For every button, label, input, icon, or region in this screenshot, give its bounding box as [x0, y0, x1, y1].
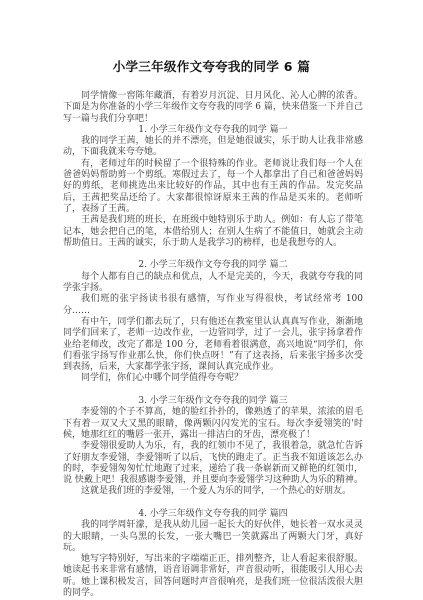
section-gap — [63, 249, 363, 260]
section-heading-4: 4. 小学三年级作文夸夸我的同学 篇四 — [63, 509, 363, 520]
section-gap — [63, 498, 363, 509]
paragraph: 有中午，同学们都去玩了，只有他还在教室里认认真真写作业，渐渐地同学们回来了，老师… — [63, 317, 363, 373]
paragraph: 我们班的张宇扬读书很有感情，写作业写得很快，考试经常考 100 分…… — [63, 294, 363, 317]
section-heading-1: 1. 小学三年级作文夸夸我的同学 篇一 — [63, 125, 363, 136]
paragraph: 有，老师过年的时候留了一个很特殊的作业。老师说让我们每一个人在爸爸妈妈帮助剪一个… — [63, 159, 363, 215]
document-page: 小学三年级作文夸夸我的同学 6 篇 同学情像一窖陈年藏酒，有着岁月沉淀、日月风化… — [0, 0, 423, 600]
paragraph: 我的同学周轩濛，是我从幼儿园一起长大的好伙伴，她长着一双水灵灵的大眼睛，一头乌黑… — [63, 520, 363, 554]
section-heading-3: 3. 小学三年级作文夸夸我的同学 篇三 — [63, 396, 363, 407]
section-heading-2: 2. 小学三年级作文夸夸我的同学 篇二 — [63, 260, 363, 271]
paragraph: 王茜是我们班的班长，在班级中她特别乐于助人。例如：有人忘了带笔记本，她会把自己的… — [63, 215, 363, 249]
paragraph: 李爱翎很爱助人为乐，有，我的红领巾不见了，我很着急，就急忙告诉了好朋友李爱翎，李… — [63, 441, 363, 486]
section-gap — [63, 385, 363, 396]
paragraph: 同学们，你们心中哪个同学值得夸夸呢？ — [63, 373, 363, 384]
paragraph: 这就是我们班的李爱翎，一个爱人为乐的同学，一个热心的好朋友。 — [63, 486, 363, 497]
paragraph: 她写字特别好，写出来的字端端正正，排列整齐，让人看起来很舒服。她读起书来非常有感… — [63, 554, 363, 599]
paragraph: 每个人都有自己的缺点和优点，人不是完美的，今天，我就夸夸我的同学张宇扬。 — [63, 272, 363, 295]
document-title: 小学三年级作文夸夸我的同学 6 篇 — [0, 57, 423, 75]
paragraph: 李爱翎的个子不算高，她的脸红扑扑的，像熟透了的苹果，浓浓的眉毛下有着一双又大又黑… — [63, 407, 363, 441]
document-body: 同学情像一窖陈年藏酒，有着岁月沉淀、日月风化、沁人心脾的浓香。下面是为你准备的小… — [63, 91, 363, 599]
paragraph: 我的同学王茜，她长的并不漂亮，但是她很诚实，乐于助人让我非常感动，下面我就来夸夸… — [63, 136, 363, 159]
intro-paragraph: 同学情像一窖陈年藏酒，有着岁月沉淀、日月风化、沁人心脾的浓香。下面是为你准备的小… — [63, 91, 363, 125]
